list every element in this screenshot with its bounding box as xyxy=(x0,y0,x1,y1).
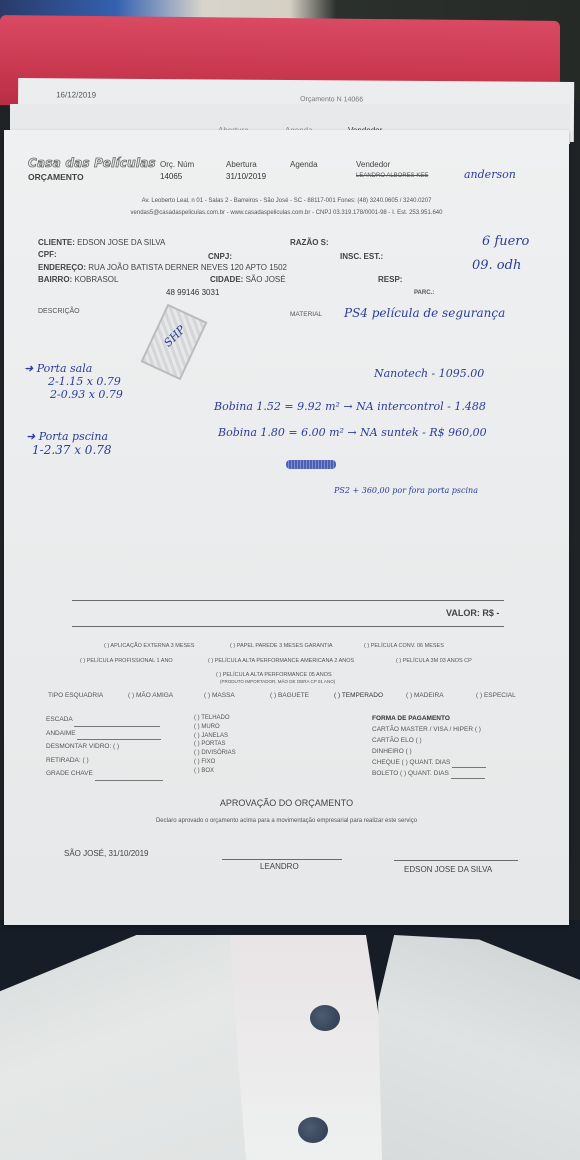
brand-logo: Casa das Películas xyxy=(28,156,156,170)
approval-title: APROVAÇÃO DO ORÇAMENTO xyxy=(4,798,569,808)
portas-checkbox[interactable]: ( ) PORTAS xyxy=(194,740,236,749)
abertura-date: 31/10/2019 xyxy=(226,172,266,181)
orc-num-label: Orç. Núm xyxy=(160,160,194,169)
vendedor-handwritten: anderson xyxy=(464,168,516,181)
parc-label: PARC.: xyxy=(414,290,434,296)
scribble xyxy=(286,460,336,469)
esquadria-option[interactable]: ( ) ESPECIAL xyxy=(476,692,516,699)
desmontar-vidro-checkbox[interactable]: DESMONTAR VIDRO: ( ) xyxy=(46,740,163,754)
cidade-value: SÃO JOSÉ xyxy=(246,275,286,284)
extras-left: ESCADA ANDAIME DESMONTAR VIDRO: ( ) RETI… xyxy=(46,713,163,781)
divider xyxy=(72,600,504,601)
extras-middle: ( ) TELHADO ( ) MURO ( ) JANELAS ( ) POR… xyxy=(194,714,236,776)
arrow-icon: ➜ xyxy=(26,430,39,443)
item-measure: 2-1.15 x 0.79 xyxy=(24,375,123,388)
option-subnote: (PRODUTO IMPORTADOR, MÃO DE OBRA CP 01 A… xyxy=(220,679,335,684)
muro-checkbox[interactable]: ( ) MURO xyxy=(194,723,236,732)
stamp-initials: SHP xyxy=(161,323,188,350)
telhado-checkbox[interactable]: ( ) TELHADO xyxy=(194,714,236,723)
address-value: RUA JOÃO BATISTA DERNER NEVES 120 APTO 1… xyxy=(88,263,287,272)
esquadria-option[interactable]: ( ) TEMPERADO xyxy=(334,692,383,699)
descricao-label: DESCRIÇÃO xyxy=(38,308,80,315)
item-title: Porta sala xyxy=(37,362,93,375)
stamp: SHP xyxy=(141,304,208,381)
doc-type: ORÇAMENTO xyxy=(28,172,84,182)
option-checkbox[interactable]: ( ) PELÍCULA ALTA PERFORMANCE AMERICANA … xyxy=(208,658,354,664)
razao-label: RAZÃO S: xyxy=(290,238,329,247)
boleto-dias-field[interactable] xyxy=(451,778,485,779)
quote-line: Bobina 1.80 = 6.00 m² → NA suntek - R$ 9… xyxy=(218,426,487,439)
agenda-label: Agenda xyxy=(290,160,318,169)
quote-top-note: Nanotech - 1095.00 xyxy=(374,367,484,380)
signature-line xyxy=(394,860,518,861)
cidade-field: CIDADE: SÃO JOSÉ xyxy=(210,275,286,284)
grade-chave-label: GRADE CHAVE xyxy=(46,770,93,777)
background-paper-date: 16/12/2019 xyxy=(56,90,96,99)
client-name-field: CLIENTE: EDSON JOSE DA SILVA xyxy=(38,238,165,247)
payment-cartao-elo[interactable]: CARTÃO ELO ( ) xyxy=(372,735,486,746)
shirt-button xyxy=(298,1117,328,1143)
signer-client: EDSON JOSE DA SILVA xyxy=(404,865,492,874)
retirada-checkbox[interactable]: RETIRADA: ( ) xyxy=(46,754,163,768)
andaime-label: ANDAIME xyxy=(46,730,76,737)
vendedor-label: Vendedor xyxy=(356,160,390,169)
client-phone: 48 99146 3031 xyxy=(166,288,219,297)
handwritten-item: ➜ Porta sala 2-1.15 x 0.79 2-0.93 x 0.79 xyxy=(24,362,123,401)
bairro-field: BAIRRO: KOBRASOL xyxy=(38,275,118,284)
handwritten-note: 09. odh xyxy=(472,258,521,273)
item-title: Porta pscina xyxy=(39,430,108,443)
client-name: EDSON JOSE DA SILVA xyxy=(77,238,165,247)
payment-cartao-master[interactable]: CARTÃO MASTER / VISA / HIPER ( ) xyxy=(372,724,486,735)
company-contact: vendas5@casadaspeliculas.com.br - www.ca… xyxy=(4,210,569,216)
payment-title: FORMA DE PAGAMENTO xyxy=(372,713,486,724)
item-measure: 1-2.37 x 0.78 xyxy=(26,443,112,457)
fixo-checkbox[interactable]: ( ) FIXO xyxy=(194,758,236,767)
divisorias-checkbox[interactable]: ( ) DIVISÓRIAS xyxy=(194,749,236,758)
option-checkbox[interactable]: ( ) PAPEL PAREDE 3 MESES GARANTIA xyxy=(230,643,333,649)
handwritten-item: ➜ Porta pscina 1-2.37 x 0.78 xyxy=(26,430,112,457)
payment-boleto[interactable]: BOLETO ( ) QUANT. DIAS xyxy=(372,770,449,777)
place-date: SÃO JOSÉ, 31/10/2019 xyxy=(64,849,149,858)
handwritten-note: 6 fuero xyxy=(482,234,529,249)
option-checkbox[interactable]: ( ) PELÍCULA PROFISSIONAL 1 ANO xyxy=(80,658,173,664)
address-label: ENDEREÇO: xyxy=(38,263,86,272)
insc-est-label: INSC. EST.: xyxy=(340,252,383,261)
valor-total: VALOR: R$ - xyxy=(446,608,499,618)
payment-cheque[interactable]: CHEQUE ( ) QUANT. DIAS xyxy=(372,759,450,766)
orc-num: 14065 xyxy=(160,172,182,181)
esquadria-option[interactable]: ( ) MÃO AMIGA xyxy=(128,692,173,699)
option-checkbox[interactable]: ( ) PELÍCULA 3M 03 ANOS CP xyxy=(396,658,472,664)
background-paper-orcamento: Orçamento N 14066 xyxy=(300,96,363,103)
payment-dinheiro[interactable]: DINHEIRO ( ) xyxy=(372,746,486,757)
signer-seller: LEANDRO xyxy=(260,862,299,871)
esquadria-option[interactable]: ( ) MADEIRA xyxy=(406,692,444,699)
cidade-label: CIDADE: xyxy=(210,275,243,284)
option-checkbox[interactable]: ( ) PELÍCULA ALTA PERFORMANCE 05 ANOS xyxy=(216,672,332,678)
cpf-label: CPF: xyxy=(38,250,57,259)
escada-label: ESCADA xyxy=(46,716,72,723)
esquadria-label: TIPO ESQUADRIA xyxy=(48,692,103,699)
esquadria-option[interactable]: ( ) BAGUETE xyxy=(270,692,309,699)
resp-label: RESP: xyxy=(378,275,402,284)
janelas-checkbox[interactable]: ( ) JANELAS xyxy=(194,732,236,741)
company-address: Av. Leoberto Leal, n 01 - Salas 2 - Barr… xyxy=(4,198,569,204)
material-handwritten: PS4 película de segurança xyxy=(344,306,505,320)
shirt-right-panel xyxy=(378,935,580,1160)
grade-chave-field[interactable] xyxy=(95,780,163,781)
bairro-label: BAIRRO: xyxy=(38,275,72,284)
quote-line: Bobina 1.52 = 9.92 m² → NA intercontrol … xyxy=(214,400,486,413)
esquadria-option[interactable]: ( ) MASSA xyxy=(204,692,235,699)
bairro-value: KOBRASOL xyxy=(74,275,118,284)
shirt-button xyxy=(310,1005,340,1031)
abertura-label: Abertura xyxy=(226,160,257,169)
address-field: ENDEREÇO: RUA JOÃO BATISTA DERNER NEVES … xyxy=(38,263,287,272)
cnpj-label: CNPJ: xyxy=(208,252,232,261)
material-label: MATERIAL xyxy=(290,311,322,318)
item-measure: 2-0.93 x 0.79 xyxy=(24,388,123,401)
payment-section: FORMA DE PAGAMENTO CARTÃO MASTER / VISA … xyxy=(372,713,486,779)
vendedor-struck: LEANDRO ALBORES KEE xyxy=(356,173,428,179)
option-checkbox[interactable]: ( ) PELÍCULA CONV. 06 MESES xyxy=(364,643,444,649)
quote-bottom-note: PS2 + 360,00 por fora porta pscina xyxy=(334,486,478,495)
approval-declaration: Declaro aprovado o orçamento acima para … xyxy=(4,818,569,824)
signature-line xyxy=(222,859,342,860)
orcamento-document: Casa das Películas ORÇAMENTO Orç. Núm 14… xyxy=(4,130,569,925)
divider xyxy=(72,626,504,627)
arrow-icon: ➜ xyxy=(24,362,37,375)
option-checkbox[interactable]: ( ) APLICAÇÃO EXTERNA 3 MESES xyxy=(104,643,194,649)
box-checkbox[interactable]: ( ) BOX xyxy=(194,767,236,776)
client-label: CLIENTE: xyxy=(38,238,75,247)
